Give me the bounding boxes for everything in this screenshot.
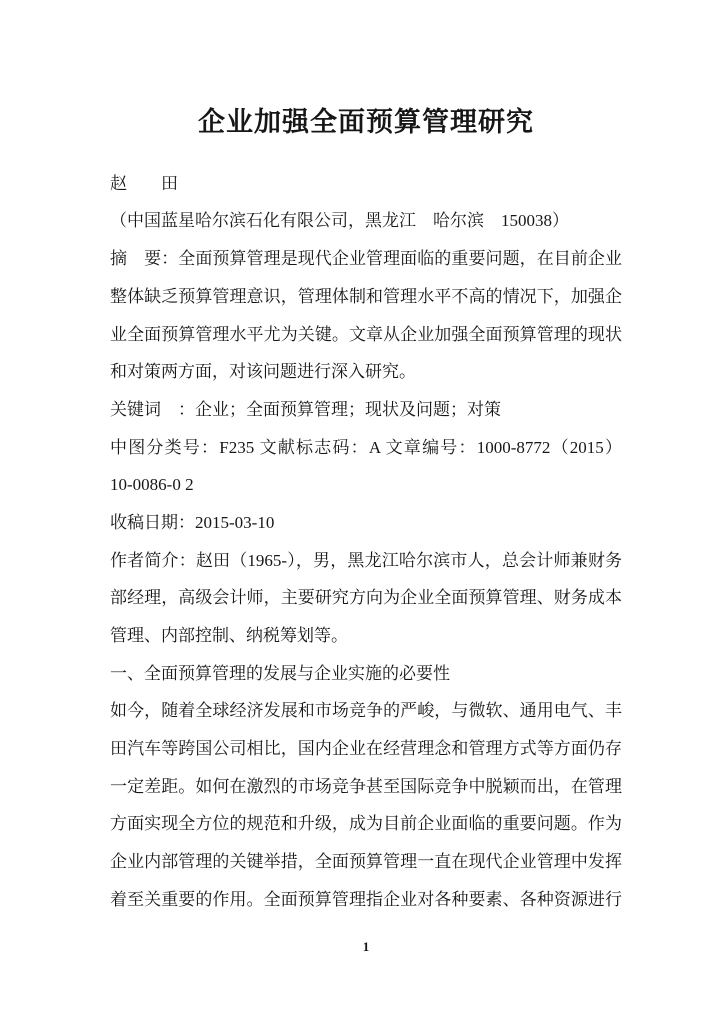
document-body: 赵 田 （中国蓝星哈尔滨石化有限公司，黑龙江 哈尔滨 150038） 摘 要：全… [110, 165, 622, 919]
abstract-line: 整体缺乏预算管理意识，管理体制和管理水平不高的情况下，加强企 [110, 278, 622, 316]
author-affiliation: （中国蓝星哈尔滨石化有限公司，黑龙江 哈尔滨 150038） [110, 202, 622, 240]
author-name: 赵 田 [110, 165, 622, 203]
article-number-line: 10-0086-0 2 [110, 466, 622, 504]
body-text-line: 着至关重要的作用。全面预算管理指企业对各种要素、各种资源进行 [110, 881, 622, 919]
author-bio-line: 管理、内部控制、纳税筹划等。 [110, 617, 622, 655]
abstract-line: 摘 要：全面预算管理是现代企业管理面临的重要问题，在目前企业 [110, 240, 622, 278]
body-text-line: 企业内部管理的关键举措，全面预算管理一直在现代企业管理中发挥 [110, 843, 622, 881]
body-text-line: 田汽车等跨国公司相比，国内企业在经营理念和管理方式等方面仍存 [110, 730, 622, 768]
abstract-line: 业全面预算管理水平尤为关键。文章从企业加强全面预算管理的现状 [110, 316, 622, 354]
body-text-line: 方面实现全方位的规范和升级，成为目前企业面临的重要问题。作为 [110, 805, 622, 843]
body-text-line: 一定差距。如何在激烈的市场竞争甚至国际竞争中脱颖而出，在管理 [110, 768, 622, 806]
document-page: 企业加强全面预算管理研究 赵 田 （中国蓝星哈尔滨石化有限公司，黑龙江 哈尔滨 … [0, 0, 721, 1020]
paper-title: 企业加强全面预算管理研究 [110, 104, 622, 140]
clc-info-line: 中图分类号：F235 文献标志码：A 文章编号：1000-8772（2015） [110, 429, 622, 467]
page-number: 1 [110, 939, 622, 954]
section-1-heading: 一、全面预算管理的发展与企业实施的必要性 [110, 655, 622, 693]
author-bio-line: 作者简介：赵田（1965-），男，黑龙江哈尔滨市人，总会计师兼财务 [110, 542, 622, 580]
keywords-line: 关键词 ：企业；全面预算管理；现状及问题；对策 [110, 391, 622, 429]
received-date-line: 收稿日期：2015-03-10 [110, 504, 622, 542]
author-bio-line: 部经理，高级会计师，主要研究方向为企业全面预算管理、财务成本 [110, 579, 622, 617]
abstract-line: 和对策两方面，对该问题进行深入研究。 [110, 353, 622, 391]
body-text-line: 如今，随着全球经济发展和市场竞争的严峻，与微软、通用电气、丰 [110, 692, 622, 730]
